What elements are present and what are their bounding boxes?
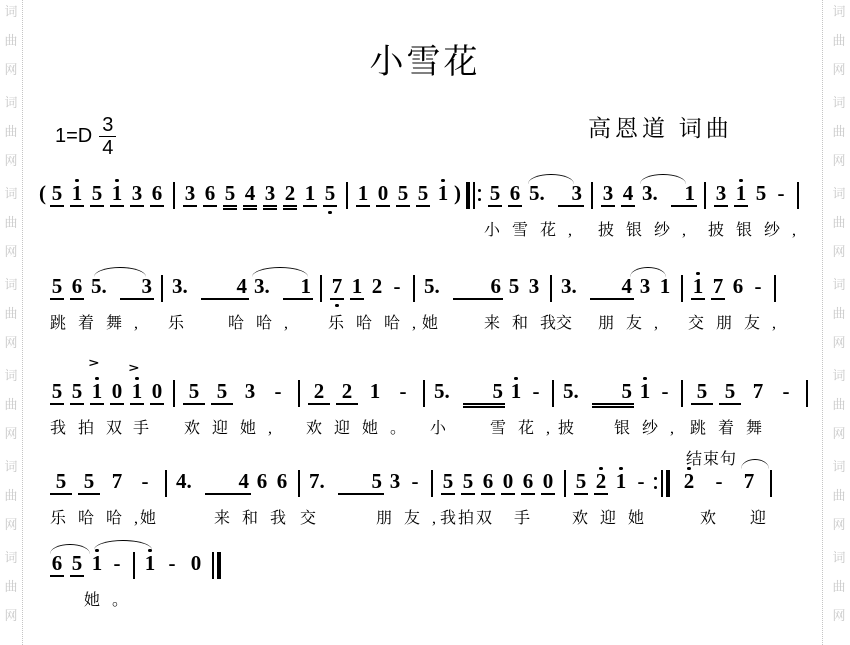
note-digit: - <box>772 379 800 403</box>
note: 5 <box>220 181 240 215</box>
underline <box>734 205 748 207</box>
underline <box>70 298 84 300</box>
watermark-column-right: 词曲网词曲网词曲网词曲网词曲网词曲网词曲网 <box>830 0 848 643</box>
watermark-group: 词曲网 <box>2 461 20 532</box>
note: 6 <box>147 181 167 215</box>
note-digit: 3 <box>635 274 655 298</box>
watermark-group: 词曲网 <box>830 97 848 168</box>
underline <box>243 208 257 210</box>
underline <box>501 493 515 495</box>
lyric-text: 披银纱, <box>708 217 808 240</box>
note-digit: - <box>771 181 791 205</box>
note: 5 <box>180 379 208 413</box>
parenthesis: ) <box>453 181 462 215</box>
barline-thin <box>212 552 214 579</box>
key-signature: 1=D34 <box>55 115 116 158</box>
note-digit: 3. <box>561 274 589 298</box>
note: 5 <box>87 181 107 215</box>
lyric-text: 交 <box>300 505 328 528</box>
note-digit: 1 <box>87 551 107 575</box>
note-digit: 6 <box>47 551 67 575</box>
note-digit: 5 <box>67 551 87 575</box>
note: 4 <box>204 469 252 503</box>
note: 5 <box>485 181 505 215</box>
note: 6 <box>452 274 504 308</box>
composer-credit: 高恩道 词曲 <box>588 110 733 143</box>
dash-note: - <box>389 379 417 413</box>
note-digit: 5 <box>87 181 107 205</box>
lyric-text: 乐哈哈, <box>50 505 150 528</box>
underline <box>50 403 64 405</box>
underline <box>203 205 217 207</box>
parenthesis: ( <box>38 181 47 215</box>
barline <box>167 182 180 209</box>
note-digit: 0 <box>498 469 518 493</box>
section-label: 结束句 <box>686 446 737 469</box>
note-digit: 4 <box>618 181 638 205</box>
score-line-2: 565.33.43.1712-5.6533.431176- <box>47 274 781 310</box>
note-digit: 5 <box>504 274 524 298</box>
lyric-text: 小雪花, <box>484 217 584 240</box>
watermark-char: 曲 <box>830 126 848 139</box>
underline <box>594 493 608 495</box>
watermark-char: 词 <box>2 6 20 19</box>
underline <box>130 205 144 207</box>
note: 6 <box>478 469 498 503</box>
note-digit: 4 <box>204 469 249 493</box>
note: 2 <box>367 274 387 308</box>
note-digit: 0 <box>373 181 393 205</box>
watermark-char: 网 <box>830 428 848 441</box>
rest-note: 0 <box>107 379 127 413</box>
barline <box>425 470 438 497</box>
lyric-text: 朋友, <box>598 310 670 333</box>
sheet-music-page: 词曲网词曲网词曲网词曲网词曲网词曲网词曲网 词曲网词曲网词曲网词曲网词曲网词曲网… <box>0 0 850 645</box>
note-digit: 2 <box>674 469 704 493</box>
barline <box>544 275 557 302</box>
note-digit: 1 <box>361 379 389 403</box>
note: 5 <box>438 469 458 503</box>
note: 5 <box>47 181 67 215</box>
note: 1 <box>688 274 708 308</box>
lyric-text: 欢迎她, <box>184 415 284 438</box>
barline <box>675 380 688 407</box>
note-digit: 3 <box>236 379 264 403</box>
watermark-char: 曲 <box>830 399 848 412</box>
watermark-char: 曲 <box>2 217 20 230</box>
watermark-char: 词 <box>830 552 848 565</box>
watermark-char: 曲 <box>2 490 20 503</box>
note: 5. <box>420 274 452 308</box>
note: 5 <box>337 469 385 503</box>
note: 1 <box>361 379 389 413</box>
note-digit: 6 <box>67 274 87 298</box>
note-digit: 7 <box>327 274 347 298</box>
underline <box>70 403 84 405</box>
note-digit: 5 <box>462 379 503 403</box>
underline <box>110 205 124 207</box>
underline <box>719 403 741 405</box>
note-digit: - <box>131 469 159 493</box>
watermark-char: 网 <box>2 337 20 350</box>
dash-note: - <box>131 469 159 503</box>
note-digit: 4 <box>240 181 260 205</box>
underline <box>50 493 72 495</box>
note-digit: - <box>631 469 651 493</box>
barline <box>314 275 327 302</box>
note-digit: 1 <box>127 379 147 403</box>
note: 5 <box>591 379 635 413</box>
note: 6 <box>67 274 87 308</box>
note-digit: 5 <box>47 469 75 493</box>
note-digit: 5. <box>529 181 557 205</box>
note: 5 <box>462 379 506 413</box>
note: 3 <box>260 181 280 215</box>
repeat-dot <box>478 198 481 201</box>
accent-mark: > <box>88 356 100 370</box>
note-digit: 5 <box>591 379 632 403</box>
barline-thin <box>473 182 475 209</box>
note-digit: 5 <box>47 274 67 298</box>
underline <box>150 205 164 207</box>
note-digit: 5. <box>91 274 119 298</box>
score-line-1: (5151363654321510551)565.3343.1315- <box>38 181 804 217</box>
note: 3 <box>180 181 200 215</box>
underline <box>558 205 584 207</box>
dash-note: - <box>107 551 127 585</box>
note: 5. <box>430 379 462 413</box>
repeat-begin-sign <box>462 182 485 209</box>
underline <box>590 298 634 300</box>
note-digit: 7 <box>708 274 728 298</box>
note: 1 <box>67 181 87 215</box>
note-digit: ( <box>38 181 47 205</box>
note-digit: 3 <box>119 274 152 298</box>
note-digit: - <box>389 379 417 403</box>
note: 2 <box>280 181 300 215</box>
lyric-text: 她 <box>422 310 450 333</box>
accent-mark: > <box>128 361 140 375</box>
watermark-group: 词曲网 <box>2 279 20 350</box>
note-digit: 1 <box>506 379 526 403</box>
underline <box>78 493 100 495</box>
note: 7. <box>305 469 337 503</box>
note-digit: 3. <box>172 274 200 298</box>
watermark-char: 曲 <box>2 126 20 139</box>
song-title: 小雪花 <box>0 34 850 83</box>
lyric-text: 披银纱, <box>598 217 698 240</box>
note-digit: 5 <box>47 181 67 205</box>
note-digit: 4. <box>176 469 204 493</box>
barline <box>167 380 180 407</box>
underline <box>308 403 330 405</box>
note: 6 <box>272 469 292 503</box>
note: 3. <box>557 274 589 308</box>
underline <box>463 403 505 405</box>
note-digit: 2 <box>305 379 333 403</box>
watermark-char: 曲 <box>830 490 848 503</box>
note-digit: 5. <box>434 379 462 403</box>
barline <box>155 275 168 302</box>
note-digit: - <box>160 551 184 575</box>
watermark-char: 网 <box>830 519 848 532</box>
lyric-text: 披 <box>558 415 586 438</box>
note-digit: 6 <box>505 181 525 205</box>
score-line-5: 651-1-0 <box>47 551 225 587</box>
rest-note: 0 <box>538 469 558 503</box>
underline <box>481 493 495 495</box>
underline <box>461 493 475 495</box>
note-digit: 1 <box>140 551 160 575</box>
note: 7 <box>103 469 131 503</box>
note: 5 <box>75 469 103 503</box>
note-digit: 3 <box>524 274 544 298</box>
note-digit: - <box>704 469 734 493</box>
note: 5 <box>47 469 75 503</box>
underline <box>50 298 64 300</box>
lyric-text: 小 <box>430 415 458 438</box>
rest-note: 0 <box>498 469 518 503</box>
lyric-text: 哈哈, <box>228 310 300 333</box>
watermark-char: 词 <box>830 461 848 474</box>
watermark-group: 词曲网 <box>2 97 20 168</box>
dash-note: - <box>526 379 546 413</box>
underline <box>50 205 64 207</box>
barline <box>159 470 172 497</box>
barline <box>407 275 420 302</box>
barline-thick <box>466 182 470 209</box>
dash-note: - <box>387 274 407 308</box>
octave-dot-below <box>328 211 331 214</box>
underline <box>90 205 104 207</box>
lyric-text: 乐 <box>168 310 196 333</box>
barline <box>292 470 305 497</box>
note-digit: 4 <box>589 274 632 298</box>
watermark-char: 网 <box>830 155 848 168</box>
watermark-char: 网 <box>2 428 20 441</box>
underline <box>120 298 154 300</box>
key-text: 1=D <box>55 125 92 147</box>
underline <box>521 493 535 495</box>
dash-note: - <box>772 379 800 413</box>
underline <box>283 208 297 210</box>
underline <box>508 205 522 207</box>
lyric-text: 迎 <box>750 505 778 528</box>
watermark-group: 词曲网 <box>2 370 20 441</box>
barline <box>292 380 305 407</box>
note: 1 <box>347 274 367 308</box>
underline <box>330 298 344 300</box>
note: 7 <box>744 379 772 413</box>
note-digit: - <box>526 379 546 403</box>
watermark-char: 词 <box>2 552 20 565</box>
note: 2 <box>305 379 333 413</box>
note: 1 <box>87 551 107 585</box>
barline <box>585 182 598 209</box>
lyric-text: 交朋友, <box>688 310 788 333</box>
note: 6 <box>505 181 525 215</box>
note: 5 <box>751 181 771 215</box>
note: 6 <box>518 469 538 503</box>
note: 5 <box>716 379 744 413</box>
underline <box>488 205 502 207</box>
note-digit: 5 <box>438 469 458 493</box>
note-digit: 1 <box>67 181 87 205</box>
slur-arc <box>94 540 152 550</box>
note: 1 <box>611 469 631 503</box>
note: 1 <box>282 274 314 308</box>
underline <box>130 403 144 405</box>
underline <box>714 205 728 207</box>
slur-arc <box>640 174 686 184</box>
time-signature: 34 <box>99 115 116 158</box>
note: 4 <box>589 274 635 308</box>
watermark-group: 词曲网 <box>830 370 848 441</box>
watermark-char: 网 <box>2 246 20 259</box>
slur-arc <box>252 267 308 277</box>
note-digit: 2 <box>280 181 300 205</box>
underline <box>303 205 317 207</box>
underline <box>283 205 297 207</box>
watermark-group: 词曲网 <box>830 279 848 350</box>
underline <box>592 406 634 408</box>
note: 3 <box>711 181 731 215</box>
note-digit: 3 <box>711 181 731 205</box>
note-digit: 3. <box>642 181 670 205</box>
watermark-group: 词曲网 <box>830 552 848 623</box>
note-digit: 3 <box>260 181 280 205</box>
note-digit: 1 <box>87 379 107 403</box>
dash-note: - <box>771 181 791 215</box>
note: 3 <box>557 181 585 215</box>
lyric-text: 我拍双 <box>440 505 494 528</box>
watermark-group: 词曲网 <box>830 461 848 532</box>
note-digit: 5 <box>485 181 505 205</box>
underline <box>338 493 384 495</box>
note-digit: - <box>655 379 675 403</box>
underline <box>110 403 124 405</box>
watermark-char: 词 <box>830 279 848 292</box>
barline <box>546 380 559 407</box>
note-digit: 6 <box>452 274 501 298</box>
note: 3. <box>250 274 282 308</box>
note-digit: 7. <box>309 469 337 493</box>
underline <box>453 298 503 300</box>
underline <box>50 575 64 577</box>
underline <box>283 298 313 300</box>
watermark-char: 词 <box>2 279 20 292</box>
note: 7 <box>708 274 728 308</box>
barline <box>791 182 804 209</box>
note: 3 <box>127 181 147 215</box>
note-digit: 2 <box>333 379 361 403</box>
score-line-3: 551010553-221-5.51-5.51-557- <box>47 379 813 415</box>
note-digit: 6 <box>200 181 220 205</box>
watermark-char: 网 <box>830 337 848 350</box>
repeat-dot <box>478 189 481 192</box>
dash-note: - <box>160 551 184 585</box>
barline <box>340 182 353 209</box>
note-digit: 5 <box>208 379 236 403</box>
barline <box>675 275 688 302</box>
note-digit: 5 <box>220 181 240 205</box>
note: 1 <box>127 379 147 413</box>
note-digit: - <box>748 274 768 298</box>
note: 6 <box>200 181 220 215</box>
watermark-char: 词 <box>2 461 20 474</box>
note-digit: 7 <box>734 469 764 493</box>
watermark-char: 词 <box>2 370 20 383</box>
lyric-text: 欢迎她 <box>572 505 656 528</box>
barline-thick <box>666 470 670 497</box>
note-digit: 1 <box>688 274 708 298</box>
underline <box>396 205 410 207</box>
note: 5 <box>208 379 236 413</box>
lyric-text: 银纱, <box>614 415 686 438</box>
note: 5. <box>525 181 557 215</box>
note: 3 <box>385 469 405 503</box>
note: 5 <box>458 469 478 503</box>
note: 3 <box>524 274 544 308</box>
dash-note: - <box>631 469 651 503</box>
underline <box>671 205 697 207</box>
barline <box>417 380 430 407</box>
note-digit: 5 <box>458 469 478 493</box>
slur-arc <box>741 459 769 469</box>
lyric-text: 手 <box>133 415 161 438</box>
note-digit: - <box>264 379 292 403</box>
note: 2 <box>591 469 611 503</box>
underline <box>205 493 251 495</box>
underline <box>350 298 364 300</box>
watermark-char: 网 <box>2 155 20 168</box>
dash-note: - <box>704 469 734 503</box>
underline <box>691 403 713 405</box>
note-digit: - <box>107 551 127 575</box>
note: 4 <box>200 274 250 308</box>
note: 4 <box>240 181 260 215</box>
barline-thin <box>661 470 663 497</box>
note: 1 <box>433 181 453 215</box>
note-digit: 1 <box>635 379 655 403</box>
right-dotted-rule <box>822 0 823 645</box>
barline <box>698 182 711 209</box>
watermark-char: 曲 <box>830 217 848 230</box>
lyric-text: 跳着舞 <box>690 415 774 438</box>
repeat-dot <box>654 477 657 480</box>
note: 3. <box>168 274 200 308</box>
note: 1 <box>670 181 698 215</box>
note-digit: 3. <box>254 274 282 298</box>
note-digit: 1 <box>611 469 631 493</box>
lyric-text: 交 <box>556 310 584 333</box>
underline <box>691 298 705 300</box>
watermark-group: 词曲网 <box>2 188 20 259</box>
final-barline <box>208 552 225 579</box>
note-digit: 3 <box>557 181 582 205</box>
watermark-char: 词 <box>830 188 848 201</box>
note: 1 <box>506 379 526 413</box>
lyric-text: 手 <box>514 505 542 528</box>
watermark-char: 曲 <box>830 308 848 321</box>
note-digit: 1 <box>655 274 675 298</box>
note: 2 <box>333 379 361 413</box>
note: 6 <box>728 274 748 308</box>
note-digit: 5 <box>47 379 67 403</box>
watermark-char: 曲 <box>2 581 20 594</box>
note: 3 <box>598 181 618 215</box>
note-digit: 5. <box>563 379 591 403</box>
